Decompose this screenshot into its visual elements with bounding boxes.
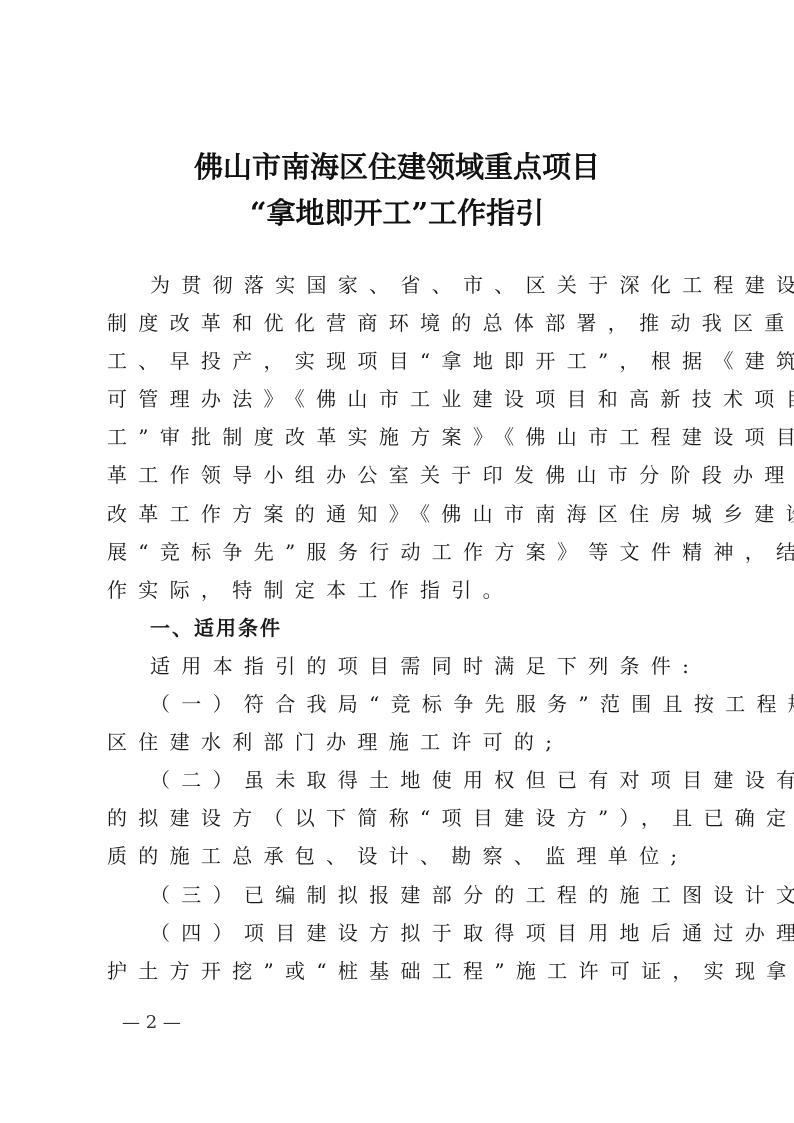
section-lead: 适用本指引的项目需同时满足下列条件: xyxy=(107,647,691,685)
document-title-line-1: 佛山市南海区住建领域重点项目 xyxy=(0,145,794,186)
condition-line: 护土方开挖”或“桩基础工程”施工许可证，实现拿地即开工 xyxy=(107,952,691,990)
intro-line: 改革工作方案的通知》《佛山市南海区住房城乡建设和水利局开 xyxy=(107,495,691,533)
condition-line: （二）虽未取得土地使用权但已有对项目建设有明确意向 xyxy=(107,761,691,799)
condition-line: （三）已编制拟报建部分的工程的施工图设计文件; xyxy=(107,876,691,914)
document-title-line-2: “拿地即开工”工作指引 xyxy=(0,191,794,232)
condition-line: （四）项目建设方拟于取得项目用地后通过办理“基坑支 xyxy=(107,914,691,952)
intro-line: 制度改革和优化营商环境的总体部署，推动我区重点项目早动 xyxy=(107,304,691,342)
condition-line: 质的施工总承包、设计、勘察、监理单位; xyxy=(107,837,691,875)
intro-line: 革工作领导小组办公室关于印发佛山市分阶段办理施工许可证 xyxy=(107,456,691,494)
condition-line: 的拟建设方（以下简称“项目建设方”），且已确定具备相应资 xyxy=(107,799,691,837)
intro-line: 展“竞标争先”服务行动工作方案》等文件精神，结合我区工 xyxy=(107,533,691,571)
intro-line: 可管理办法》《佛山市工业建设项目和高新技术项目“拿地即开 xyxy=(107,380,691,418)
intro-line: 为贯彻落实国家、省、市、区关于深化工程建设项目审批 xyxy=(107,266,691,304)
intro-line: 工、早投产，实现项目“拿地即开工”，根据《建筑工程施工许 xyxy=(107,342,691,380)
intro-line: 作实际，特制定本工作指引。 xyxy=(107,571,691,609)
section-heading: 一、适用条件 xyxy=(107,609,691,647)
document-page: 佛山市南海区住建领域重点项目 “拿地即开工”工作指引 为贯彻落实国家、省、市、区… xyxy=(0,0,794,1123)
page-number: — 2 — xyxy=(122,1012,181,1033)
intro-line: 工”审批制度改革实施方案》《佛山市工程建设项目审批制度改 xyxy=(107,418,691,456)
condition-line: （一）符合我局“竞标争先服务”范围且按工程规模应到 xyxy=(107,685,691,723)
document-body: 为贯彻落实国家、省、市、区关于深化工程建设项目审批 制度改革和优化营商环境的总体… xyxy=(107,266,691,990)
condition-line: 区住建水利部门办理施工许可的; xyxy=(107,723,691,761)
